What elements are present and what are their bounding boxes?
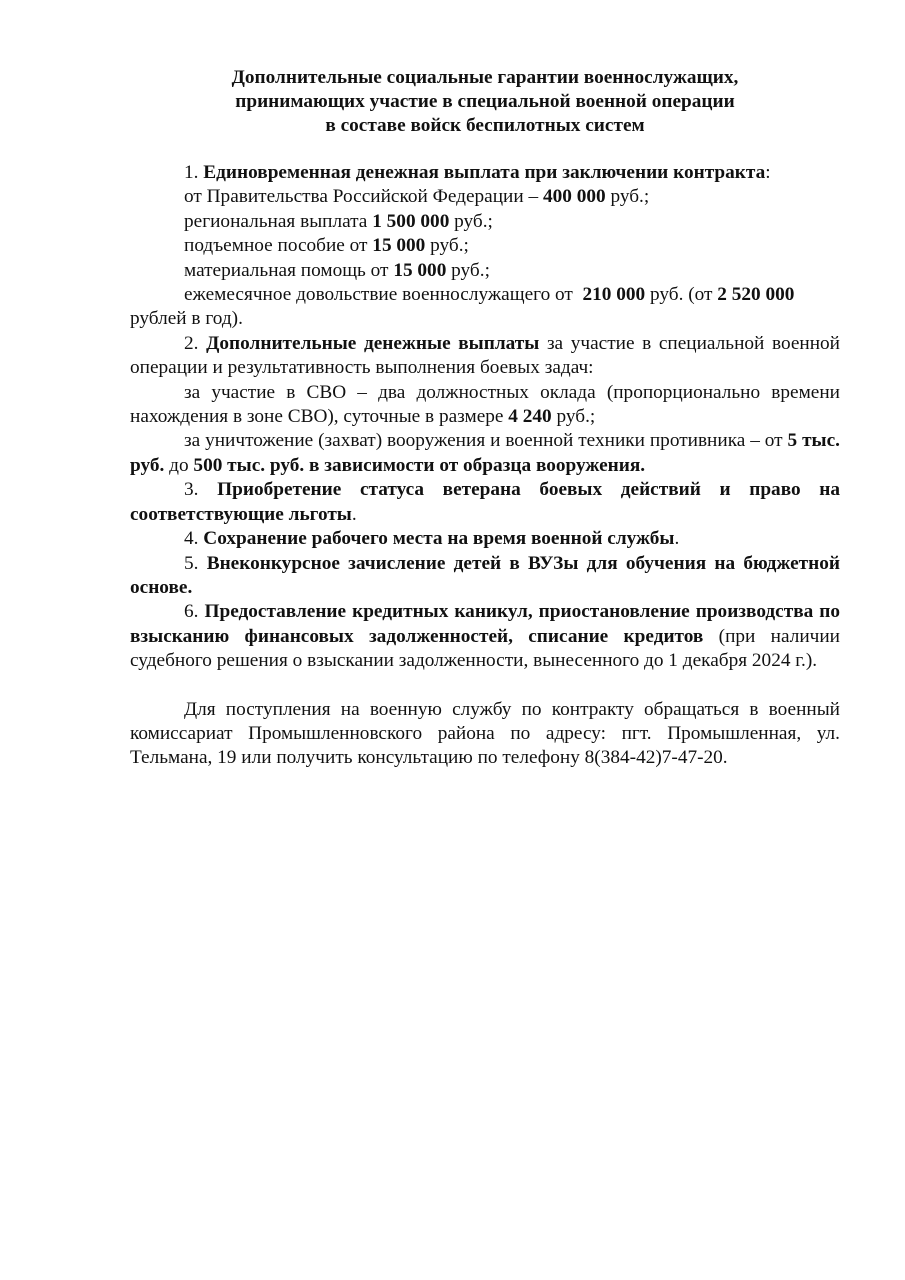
sub-amount: 500 тыс. руб. в зависимости от образца в… [193,455,645,476]
item-5: 5. Внеконкурсное зачисление детей в ВУЗы… [130,552,840,601]
item-text: . [352,504,357,525]
title-line: Дополнительные социальные гарантии военн… [130,66,840,90]
item-number: 6. [184,601,198,622]
title-line: в составе войск беспилотных систем [130,114,840,138]
sub-amount: 4 240 [508,406,551,427]
sub-text: руб.; [606,186,650,207]
sub-text: руб.; [446,260,490,281]
sub-amount: 15 000 [372,235,425,256]
document-title: Дополнительные социальные гарантии военн… [130,66,840,138]
item-2-sub-1: за участие в СВО – два должностных оклад… [130,381,840,430]
sub-text: за уничтожение (захват) вооружения и вое… [184,430,788,451]
sub-amount: 15 000 [393,260,446,281]
document-page: Дополнительные социальные гарантии военн… [130,66,840,771]
item-1-sub-1: от Правительства Российской Федерации – … [130,185,840,209]
sub-amount: 2 520 000 [717,284,794,305]
item-text: . [674,528,679,549]
sub-text: руб.; [425,235,469,256]
title-line: принимающих участие в специальной военно… [130,90,840,114]
sub-amount: 210 000 [583,284,646,305]
item-heading: Дополнительные денежные выплаты [206,333,539,354]
sub-text: за участие в СВО – два должностных оклад… [130,382,840,427]
item-2: 2. Дополнительные денежные выплаты за уч… [130,332,840,381]
contact-paragraph: Для поступления на военную службу по кон… [130,698,840,771]
sub-text: руб.; [449,211,493,232]
item-heading: Внеконкурсное зачисление детей в ВУЗы дл… [130,553,840,598]
item-number: 2. [184,333,198,354]
item-number: 4. [184,528,198,549]
item-punct: : [765,162,770,183]
sub-text: подъемное пособие от [184,235,372,256]
spacer [130,674,840,698]
sub-text: материальная помощь от [184,260,393,281]
item-number: 3. [184,479,198,500]
item-2-sub-2: за уничтожение (захват) вооружения и вое… [130,429,840,478]
item-1-sub-3: подъемное пособие от 15 000 руб.; [130,234,840,258]
sub-text: от Правительства Российской Федерации – [184,186,543,207]
sub-text: до [164,455,193,476]
item-1-sub-4: материальная помощь от 15 000 руб.; [130,259,840,283]
item-number: 1. [184,162,198,183]
item-heading: Единовременная денежная выплата при закл… [203,162,765,183]
item-1: 1. Единовременная денежная выплата при з… [130,161,840,185]
sub-text: региональная выплата [184,211,372,232]
item-3: 3. Приобретение статуса ветерана боевых … [130,478,840,527]
sub-text: руб.; [552,406,596,427]
sub-amount: 1 500 000 [372,211,449,232]
item-1-sub-5: ежемесячное довольствие военнослужащего … [130,283,840,332]
sub-text: ежемесячное довольствие военнослужащего … [184,284,583,305]
item-number: 5. [184,553,198,574]
item-6: 6. Предоставление кредитных каникул, при… [130,600,840,673]
item-heading: Приобретение статуса ветерана боевых дей… [130,479,840,524]
item-1-sub-2: региональная выплата 1 500 000 руб.; [130,210,840,234]
sub-text: руб. (от [645,284,717,305]
sub-amount: 400 000 [543,186,606,207]
item-heading: Сохранение рабочего места на время военн… [203,528,674,549]
item-4: 4. Сохранение рабочего места на время во… [130,527,840,551]
